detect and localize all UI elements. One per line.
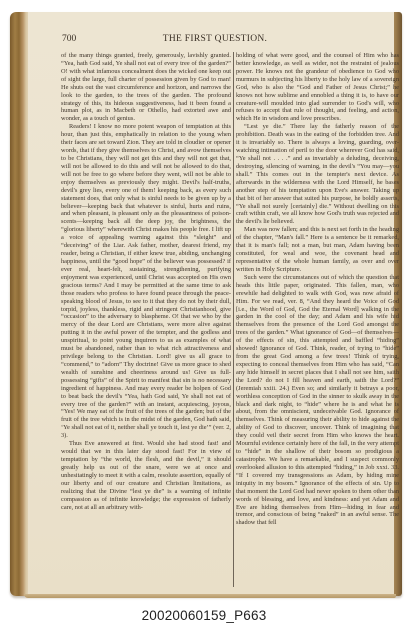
paragraph: Thus Eve answered at first. Would she ha… <box>61 440 231 511</box>
paragraph: “Lest ye die.” There lay the fatherly re… <box>236 123 399 226</box>
image-id-caption: 20020060159_P663 <box>0 608 408 623</box>
paragraph: holding of what were good, and the couns… <box>236 52 399 123</box>
running-title: THE FIRST QUESTION. <box>42 34 388 44</box>
column-divider <box>233 52 234 587</box>
paragraph: Man was now fallen; and this is next set… <box>236 226 399 274</box>
left-column: of the many things granted, freely, gene… <box>61 52 231 511</box>
paragraph: of the many things granted, freely, gene… <box>61 52 231 123</box>
page-block-edge <box>24 594 396 598</box>
paragraph: Such were the circumstances out of which… <box>236 274 399 528</box>
right-column: holding of what were good, and the couns… <box>236 52 399 527</box>
paragraph: Readers! I know no more potent weapon of… <box>61 123 231 440</box>
running-header: 700 THE FIRST QUESTION. <box>42 34 388 46</box>
